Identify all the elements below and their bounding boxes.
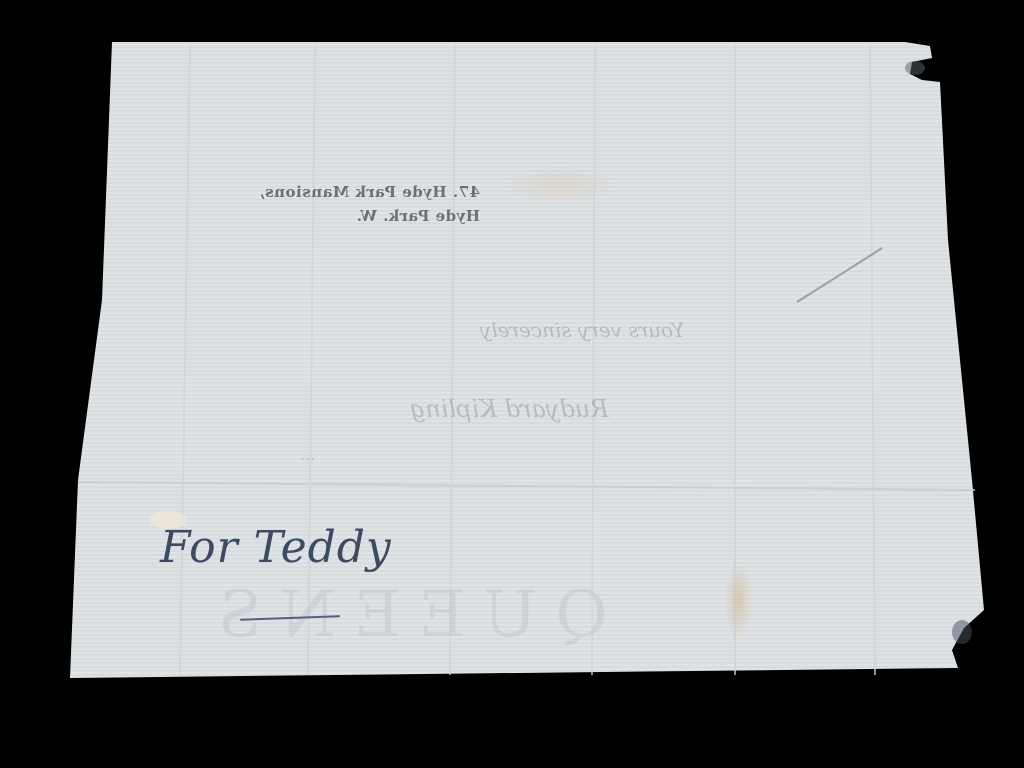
paper-sheet: [0, 0, 1024, 768]
bleed-through-signature: Rudyard Kipling: [410, 395, 608, 423]
mirrored-letterhead: 47. Hyde Park Mansions, Hyde Park. W.: [160, 180, 480, 228]
letterhead-line-2: Hyde Park. W.: [160, 204, 480, 228]
handwritten-inscription: For Teddy: [160, 522, 392, 573]
bleed-through-line-1: Yours very sincerely: [480, 318, 685, 342]
letter-photo: 47. Hyde Park Mansions, Hyde Park. W. Yo…: [0, 0, 1024, 768]
bleed-through-line-3: ...: [300, 445, 315, 464]
letterhead-line-1: 47. Hyde Park Mansions,: [160, 180, 480, 204]
bleed-through-large-print: QUEENS: [200, 578, 608, 652]
